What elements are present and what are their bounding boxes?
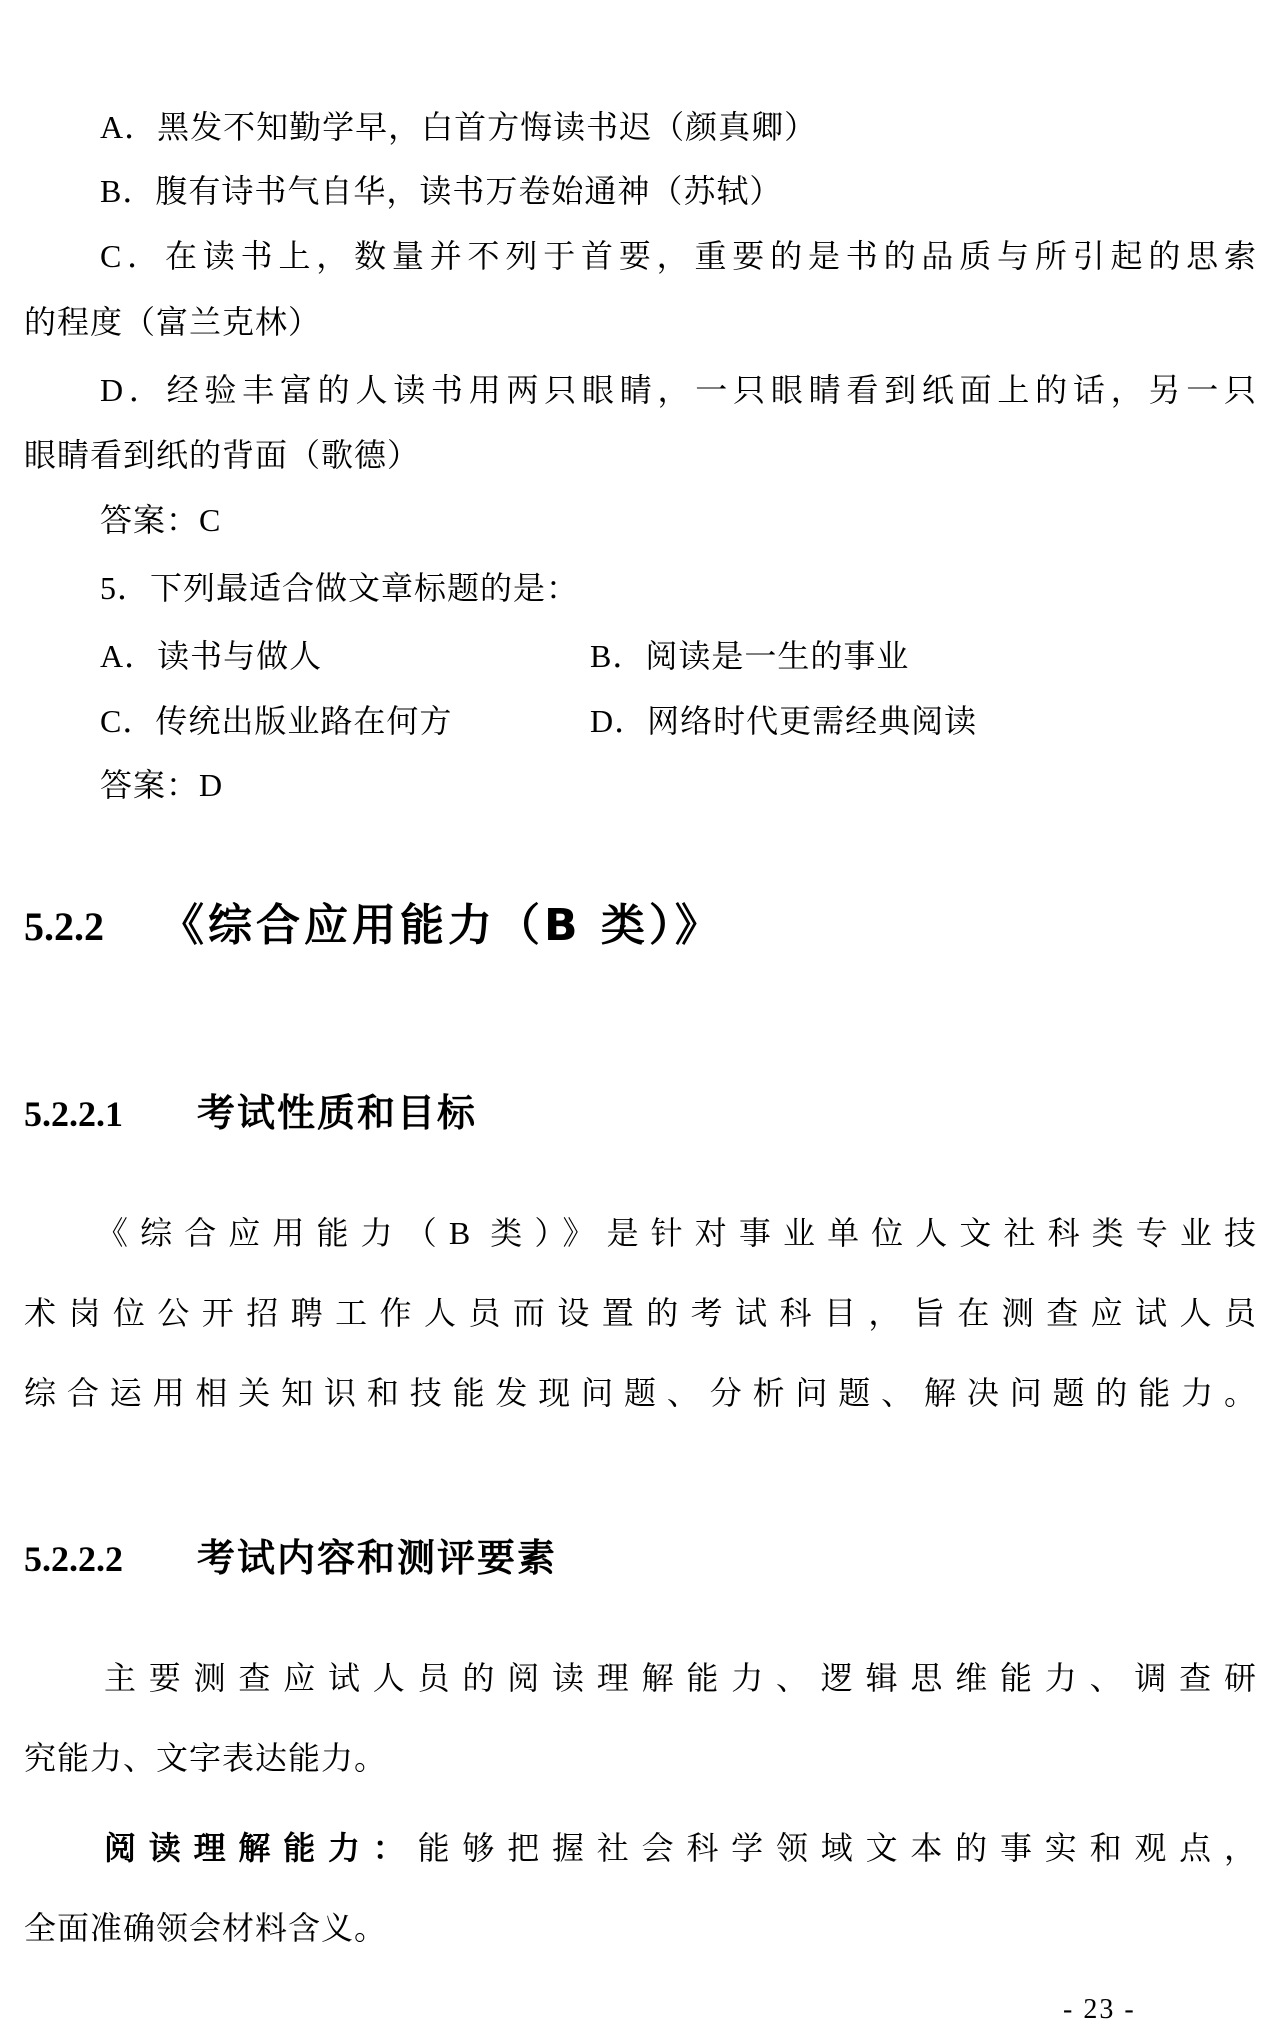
document-page: A．黑发不知勤学早，白首方悔读书迟（颜真卿） B．腹有诗书气自华，读书万卷始通神… (0, 0, 1280, 2042)
reading-ability-bold-label: 阅读理解能力： (104, 1829, 418, 1867)
section-number-5221: 5.2.2.1 (24, 1094, 123, 1134)
section-heading-522: 5.2.2《综合应用能力（B 类）》 (24, 889, 723, 953)
reading-ability-text: 能够把握社会科学领域文本的事实和观点， (418, 1830, 1256, 1866)
q5-option-b: B．阅读是一生的事业 (590, 634, 909, 678)
q5-stem: 5．下列最适合做文章标题的是： (100, 566, 579, 610)
q5-option-a: A．读书与做人 (100, 634, 322, 678)
q4-option-c-line2: 的程度（富兰克林） (24, 300, 321, 344)
para-5221-line2: 术岗位公开招聘工作人员而设置的考试科目，旨在测查应试人员 (24, 1291, 1256, 1335)
q5-option-c: C．传统出版业路在何方 (100, 699, 452, 743)
para-5222-2-line2: 全面准确领会材料含义。 (24, 1906, 387, 1950)
section-title-522: 《综合应用能力（B 类）》 (160, 900, 723, 951)
section-heading-5222: 5.2.2.2考试内容和测评要素 (24, 1527, 557, 1582)
q4-answer: 答案：C (100, 498, 221, 542)
para-5222-1-line1: 主要测查应试人员的阅读理解能力、逻辑思维能力、调查研 (104, 1656, 1256, 1700)
section-heading-5221: 5.2.2.1考试性质和目标 (24, 1082, 477, 1137)
q4-option-b: B．腹有诗书气自华，读书万卷始通神（苏轼） (100, 169, 782, 213)
section-title-5221: 考试性质和目标 (197, 1091, 477, 1135)
page-number: - 23 - (1063, 1994, 1136, 2026)
section-number-5222: 5.2.2.2 (24, 1539, 123, 1579)
q4-option-d-line2: 眼睛看到纸的背面（歌德） (24, 433, 420, 477)
para-5222-1-line2: 究能力、文字表达能力。 (24, 1736, 387, 1780)
para-5221-line3: 综合运用相关知识和技能发现问题、分析问题、解决问题的能力。 (24, 1371, 1256, 1415)
section-number-522: 5.2.2 (24, 904, 104, 949)
q4-option-a: A．黑发不知勤学早，白首方悔读书迟（颜真卿） (100, 105, 817, 149)
q5-option-d: D．网络时代更需经典阅读 (590, 699, 977, 743)
section-title-5222: 考试内容和测评要素 (197, 1536, 557, 1580)
para-5221-line1: 《综合应用能力（B 类）》是针对事业单位人文社科类专业技 (96, 1211, 1256, 1255)
q4-option-c-line1: C．在读书上，数量并不列于首要，重要的是书的品质与所引起的思索 (100, 234, 1256, 278)
q5-answer: 答案：D (100, 763, 223, 807)
q4-option-d-line1: D．经验丰富的人读书用两只眼睛，一只眼睛看到纸面上的话，另一只 (100, 368, 1256, 412)
para-5222-2-line1: 阅读理解能力：能够把握社会科学领域文本的事实和观点， (104, 1826, 1256, 1870)
